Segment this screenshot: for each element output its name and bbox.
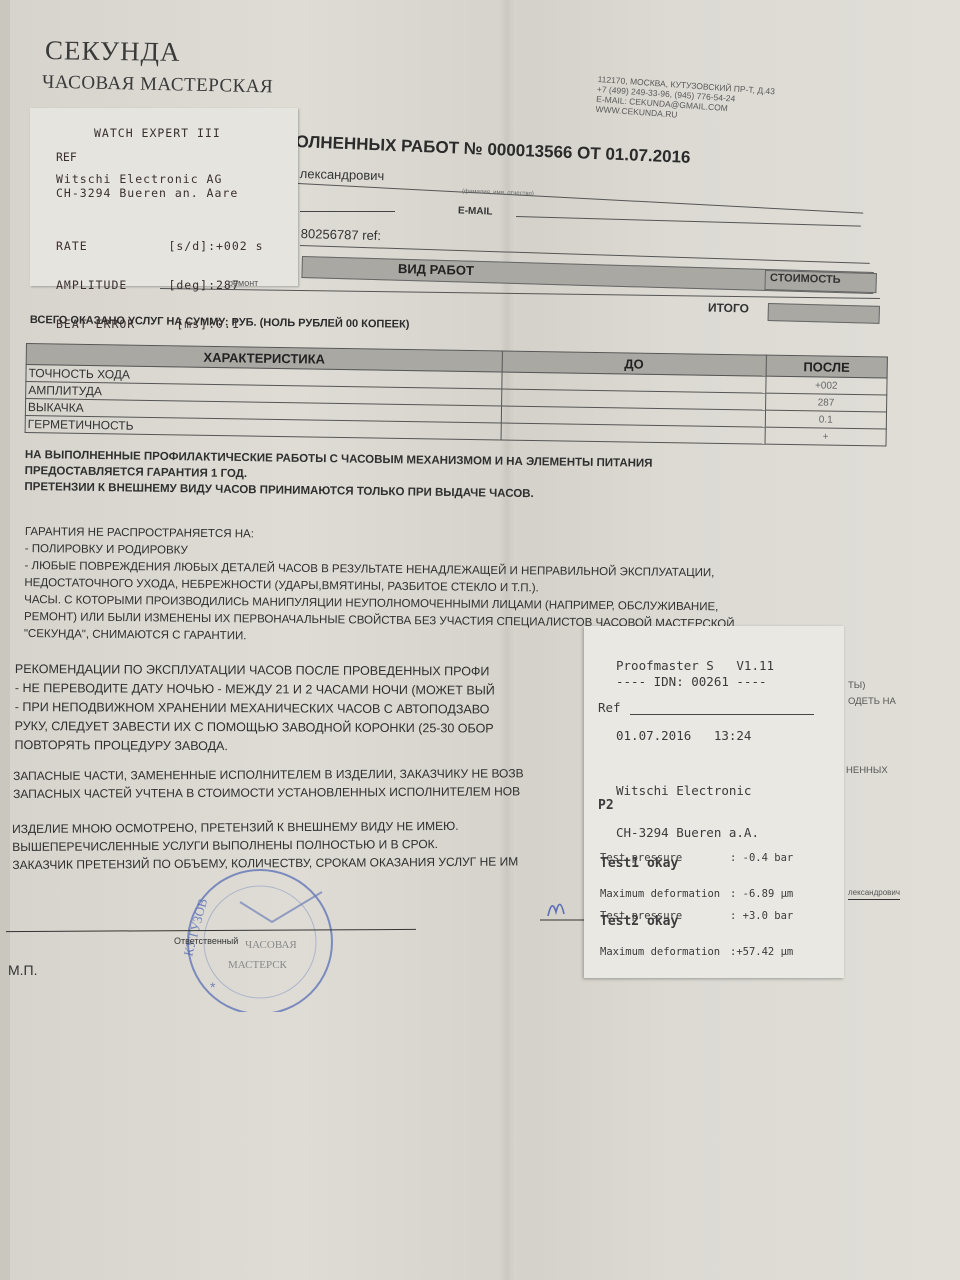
receipt-datetime: 01.07.2016 13:24 [616, 728, 751, 743]
customer-name-signature: лександрович [848, 888, 900, 900]
recommendation-heading: РЕКОМЕНДАЦИИ ПО ЭКСПЛУАТАЦИИ ЧАСОВ ПОСЛЕ… [15, 660, 495, 682]
svg-text:МАСТЕРСК: МАСТЕРСК [228, 959, 288, 971]
brand-name: СЕКУНДА [45, 35, 181, 68]
program-label: P2 [598, 798, 614, 813]
phone-ref: 80256787 ref: [301, 226, 382, 243]
header-after: ПОСЛЕ [766, 355, 888, 378]
value-after: 287 [765, 393, 887, 412]
seal-label: М.П. [8, 962, 38, 978]
warranty-text: НА ВЫПОЛНЕННЫЕ ПРОФИЛАКТИЧЕСКИЕ РАБОТЫ С… [24, 447, 652, 504]
watch-expert-receipt: WATCH EXPERT III REF Witschi Electronic … [30, 108, 298, 286]
customer-signature-icon [540, 888, 590, 928]
receipt-company: Witschi Electronic AG CH-3294 Bueren an.… [56, 172, 238, 200]
responsible-label: Ответственный [174, 936, 238, 946]
receipt-title: Proofmaster S V1.11 [616, 658, 774, 673]
value-after: + [765, 427, 887, 446]
total-label: ИТОГО [708, 300, 749, 315]
spare-parts-text: ЗАПАСНЫЕ ЧАСТИ, ЗАМЕНЕННЫЕ ИСПОЛНИТЕЛЕМ … [13, 764, 524, 803]
receipt-ref-label: Ref [598, 700, 621, 715]
acceptance-line: ИЗДЕЛИЕ МНОЮ ОСМОТРЕНО, ПРЕТЕНЗИЙ К ВНЕШ… [12, 816, 518, 838]
svg-text:*: * [210, 979, 216, 995]
spare-parts-fragment: НЕННЫХ [846, 765, 888, 776]
proofmaster-receipt: Proofmaster S V1.11 ---- IDN: 00261 ----… [584, 626, 844, 978]
recommendation-fragment: ОДЕТЬ НА [848, 696, 896, 707]
email-label: E-MAIL [458, 205, 493, 217]
client-name: лександрович [300, 166, 385, 183]
test2-block: Test pressure: +3.0 bar Maximum deformat… [600, 886, 793, 982]
recommendation-line: РУКУ, СЛЕДУЕТ ЗАВЕСТИ ИХ С ПОМОЩЬЮ ЗАВОД… [15, 717, 495, 739]
company-name: Witschi Electronic [616, 784, 759, 798]
recommendation-line: ПОВТОРЯТЬ ПРОЦЕДУРУ ЗАВОДА. [15, 736, 495, 758]
test2-deformation: +57.42 µm [736, 946, 793, 958]
company-address: CH-3294 Bueren an. Aare [56, 186, 238, 200]
usage-recommendations: РЕКОМЕНДАЦИИ ПО ЭКСПЛУАТАЦИИ ЧАСОВ ПОСЛЕ… [15, 660, 495, 758]
measurement-beat-error: BEAT ERROR[ms]:0.1 [56, 318, 264, 331]
spare-parts-line: ЗАПАСНЫХ ЧАСТЕЙ УЧТЕНА В СТОИМОСТИ УСТАН… [13, 782, 524, 803]
test2-result: Test2 okay [600, 914, 678, 929]
value-before [501, 423, 765, 444]
work-row-fragment: ремонт [228, 278, 258, 288]
ref-line [630, 714, 814, 715]
test1-result: Test1 okay [600, 856, 678, 871]
receipt-ref-label: REF [56, 150, 77, 164]
cost-header: СТОИМОСТЬ [770, 272, 841, 286]
receipt-idn: ---- IDN: 00261 ---- [616, 674, 767, 689]
company-name: Witschi Electronic AG [56, 172, 238, 186]
measurement-rate: RATE[s/d]:+002 s [56, 240, 264, 253]
svg-text:ЧАСОВАЯ: ЧАСОВАЯ [245, 939, 297, 951]
receipt-title: WATCH EXPERT III [94, 126, 221, 140]
divider [300, 211, 395, 212]
recommendation-fragment: ТЫ) [848, 680, 865, 691]
recommendation-line: - ПРИ НЕПОДВИЖНОМ ХРАНЕНИИ МЕХАНИЧЕСКИХ … [15, 698, 495, 720]
work-type-header: ВИД РАБОТ [398, 261, 474, 278]
test2-pressure: +3.0 bar [743, 910, 794, 922]
characteristics-table: ХАРАКТЕРИСТИКА ДО ПОСЛЕ ТОЧНОСТЬ ХОДА +0… [25, 343, 888, 447]
value-after: +002 [765, 376, 887, 395]
recommendation-line: - НЕ ПЕРЕВОДИТЕ ДАТУ НОЧЬЮ - МЕЖДУ 21 И … [15, 679, 495, 701]
total-value-box [768, 303, 880, 324]
value-after: 0.1 [765, 410, 887, 429]
test1-pressure: -0.4 bar [743, 852, 794, 864]
